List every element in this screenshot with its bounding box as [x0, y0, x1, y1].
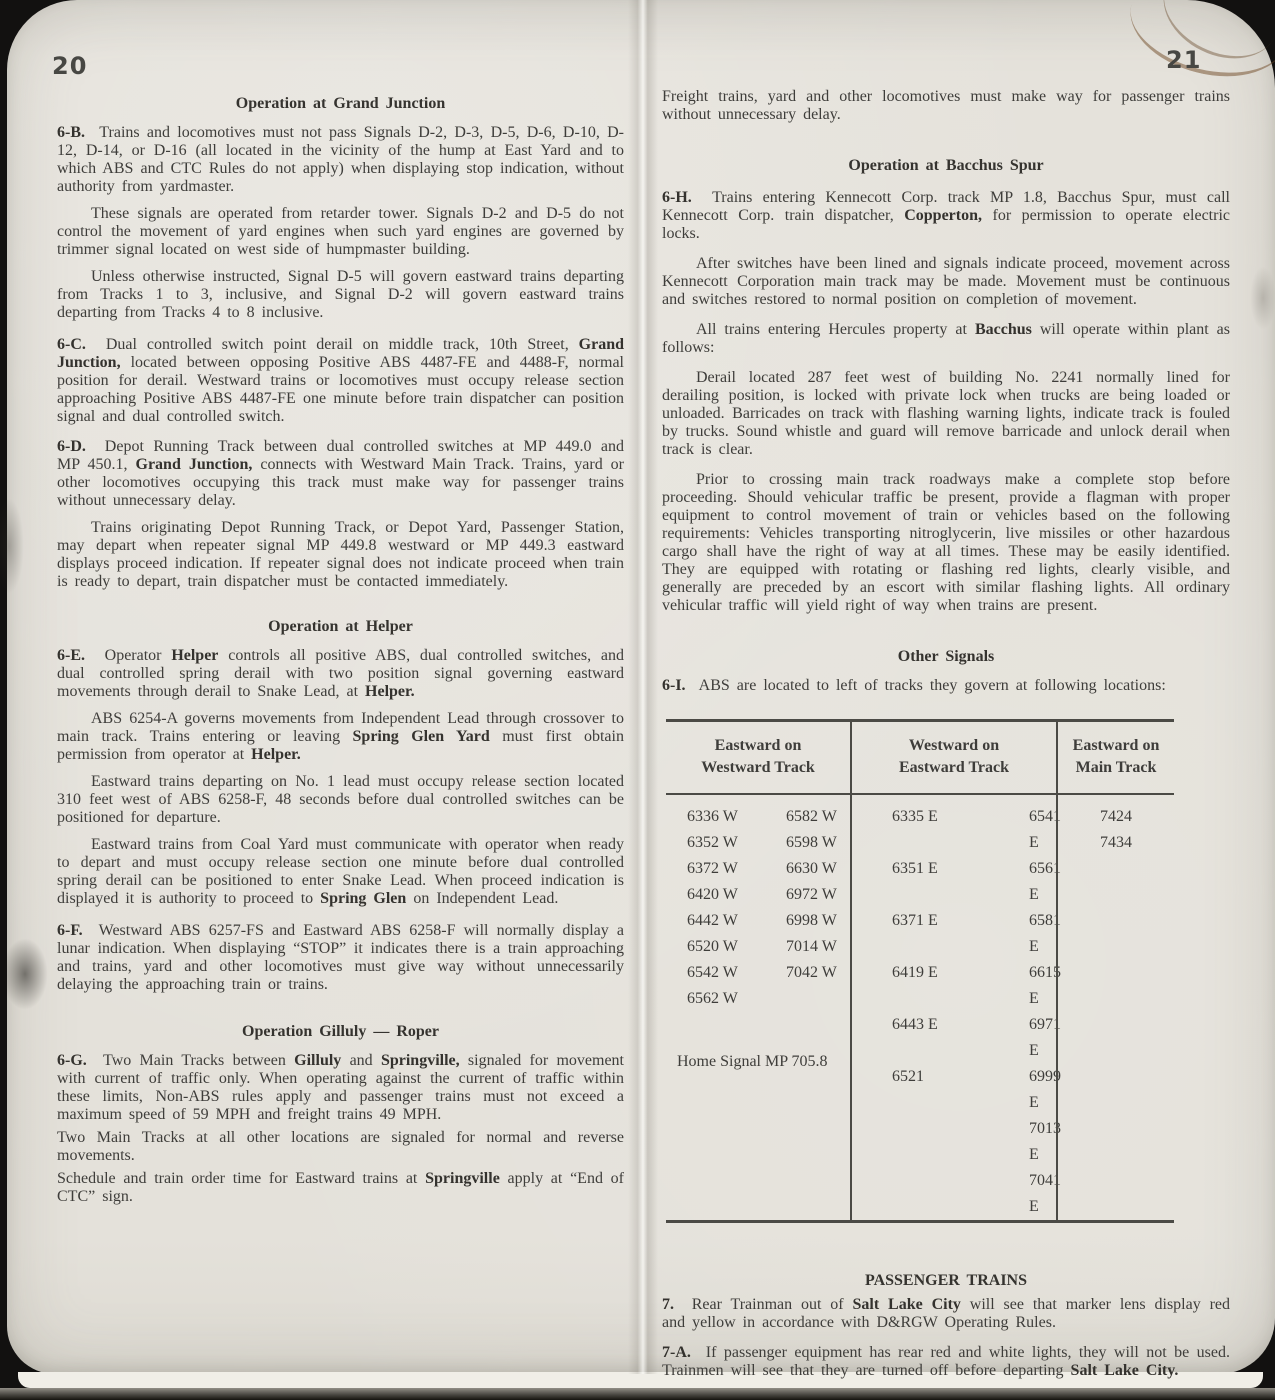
text-run: Unless otherwise instructed, Signal D-5 … [57, 268, 624, 321]
paragraph: Prior to crossing main track roadways ma… [662, 471, 1230, 615]
table-cell: 6335 E [892, 804, 1029, 856]
table-cell [892, 1116, 1029, 1168]
table-cell: 6443 E [892, 1012, 1029, 1064]
text-run: Freight trains, yard and other locomotiv… [662, 88, 1230, 123]
paragraph: 6-G. Two Main Tracks between Gilluly and… [57, 1052, 624, 1124]
ink-smudge [1250, 266, 1275, 330]
text-run: Two Main Tracks at all other locations a… [57, 1129, 624, 1164]
paragraph: All trains entering Hercules property at… [662, 321, 1230, 357]
bold-text-run: 6-I. [662, 677, 686, 694]
table-row: 6443 E6971 E [852, 1012, 1056, 1064]
paragraph: Eastward trains from Coal Yard must comm… [57, 836, 624, 908]
table-cell: 6998 W [786, 908, 850, 934]
section-heading: Operation Gilluly — Roper [57, 1022, 624, 1041]
table-header-line: Eastward Track [854, 757, 1054, 779]
table-cell: 6582 W [786, 804, 850, 830]
table-header-line: Westward Track [668, 757, 848, 779]
table-row: 6420 W6972 W [666, 882, 850, 908]
table-column-westward-on-eastward-track: 6335 E6541 E6351 E6561 E6371 E6581 E6419… [850, 795, 1056, 1220]
paragraph: Trains originating Depot Running Track, … [57, 519, 624, 591]
text-run: ABS are located to left of tracks they g… [686, 677, 1166, 694]
table-cell: 6371 E [892, 908, 1029, 960]
table-row: 6542 W7042 W [666, 960, 850, 986]
bold-text-run: 6-B. [57, 124, 85, 141]
paragraph: 6-H. Trains entering Kennecott Corp. tra… [662, 189, 1230, 243]
paragraph: These signals are operated from retarder… [57, 205, 624, 259]
text-run: Westward ABS 6257-FS and Eastward ABS 62… [57, 922, 624, 993]
paragraph: ABS 6254-A governs movements from Indepe… [57, 710, 624, 764]
text-run: Schedule and train order time for Eastwa… [57, 1170, 425, 1187]
paragraph: 6-D. Depot Running Track between dual co… [57, 438, 624, 510]
table-column-eastward-on-westward-track: 6336 W6582 W6352 W6598 W6372 W6630 W6420… [666, 795, 850, 1220]
text-run: Two Main Tracks between [87, 1052, 294, 1069]
ink-smudge [2, 938, 48, 1010]
bold-text-run: 6-F. [57, 922, 83, 939]
table-row: 7013 E [852, 1116, 1056, 1168]
table-row: 7041 E [852, 1168, 1056, 1220]
paragraph: After switches have been lined and signa… [662, 255, 1230, 309]
section-heading: Operation at Bacchus Spur [662, 156, 1230, 175]
table-column-eastward-on-main-track: 74247434 [1056, 795, 1174, 1220]
table-cell: 6598 W [786, 830, 850, 856]
table-cell [892, 1168, 1029, 1220]
table-row: 6442 W6998 W [666, 908, 850, 934]
bold-text-run: 6-D. [57, 438, 86, 455]
table-cell: 6442 W [687, 908, 786, 934]
text-run: Trains and locomotives must not pass Sig… [57, 124, 624, 195]
page-number-right: 21 [1166, 46, 1201, 74]
page-number-left: 20 [52, 52, 87, 80]
bold-text-run: Helper. [251, 746, 301, 763]
table-cell: 6420 W [687, 882, 786, 908]
paragraph: Eastward trains departing on No. 1 lead … [57, 773, 624, 827]
text-run: Rear Trainman out of [674, 1296, 853, 1313]
table-row: 6352 W6598 W [666, 830, 850, 856]
table-row: 65216999 E [852, 1064, 1056, 1116]
table-footer-note: Home Signal MP 705.8 [666, 1012, 850, 1082]
scan-bottom-edge [0, 1388, 1275, 1400]
text-run: on Independent Lead. [406, 890, 558, 907]
text-run: Eastward trains departing on No. 1 lead … [57, 773, 624, 826]
bold-text-run: Helper. [365, 683, 415, 700]
paragraph: 6-C. Dual controlled switch point derail… [57, 336, 624, 426]
left-page-column: Operation at Grand Junction6-B. Trains a… [57, 94, 624, 1215]
text-run: and [341, 1052, 381, 1069]
bold-text-run: 7. [662, 1296, 674, 1313]
right-page-column: Freight trains, yard and other locomotiv… [662, 88, 1230, 1389]
table-cell: 7424 [1058, 804, 1174, 830]
paragraph: Schedule and train order time for Eastwa… [57, 1170, 624, 1206]
table-header-line: Main Track [1060, 757, 1172, 779]
text-run: Derail located 287 feet west of building… [662, 369, 1230, 458]
paragraph: Freight trains, yard and other locomotiv… [662, 88, 1230, 124]
paragraph: 7-A. If passenger equipment has rear red… [662, 1344, 1230, 1380]
table-cell: 7434 [1058, 830, 1174, 856]
paragraph: Derail located 287 feet west of building… [662, 369, 1230, 459]
text-run: All trains entering Hercules property at [696, 321, 975, 338]
table-header-line: Eastward on [668, 735, 848, 757]
table-header-cell: Westward onEastward Track [850, 722, 1056, 793]
bold-text-run: Springville [425, 1170, 500, 1187]
bold-text-run: 6-G. [57, 1052, 87, 1069]
bold-text-run: Salt Lake City. [1071, 1362, 1179, 1379]
table-row: 6336 W6582 W [666, 804, 850, 830]
table-cell: 7042 W [786, 960, 850, 986]
text-run: Operator [85, 647, 171, 664]
table-header-line: Eastward on [1060, 735, 1172, 757]
table-cell: 7014 W [786, 934, 850, 960]
text-run: Prior to crossing main track roadways ma… [662, 471, 1230, 614]
table-header-cell: Eastward onWestward Track [666, 722, 850, 793]
bold-text-run: Copperton, [904, 207, 982, 224]
bold-text-run: Bacchus [975, 321, 1032, 338]
bold-text-run: Gilluly [294, 1052, 341, 1069]
signal-table-body: 6336 W6582 W6352 W6598 W6372 W6630 W6420… [666, 795, 1174, 1223]
paragraph: Unless otherwise instructed, Signal D-5 … [57, 268, 624, 322]
paragraph: 6-B. Trains and locomotives must not pas… [57, 124, 624, 196]
bold-text-run: Spring Glen [320, 890, 406, 907]
table-row: 6335 E6541 E [852, 804, 1056, 856]
bold-text-run: Helper [171, 647, 218, 664]
table-cell: 6352 W [687, 830, 786, 856]
paragraph: 6-F. Westward ABS 6257-FS and Eastward A… [57, 922, 624, 994]
section-heading: Other Signals [662, 647, 1230, 666]
table-cell: 6520 W [687, 934, 786, 960]
scanned-book-spread: 20 21 Operation at Grand Junction6-B. Tr… [0, 0, 1275, 1400]
text-run: Dual controlled switch point derail on m… [86, 336, 579, 353]
bold-text-run: 6-C. [57, 336, 86, 353]
table-cell: 6336 W [687, 804, 786, 830]
bold-text-run: Springville, [381, 1052, 460, 1069]
table-row: 6419 E6615 E [852, 960, 1056, 1012]
table-cell: 6351 E [892, 856, 1029, 908]
text-run: located between opposing Positive ABS 44… [57, 354, 624, 425]
text-run: Trains originating Depot Running Track, … [57, 519, 624, 590]
table-cell: 6419 E [892, 960, 1029, 1012]
signal-locations-table: Eastward onWestward TrackWestward onEast… [666, 719, 1174, 1223]
bold-text-run: Grand Junction, [136, 456, 253, 473]
page-gutter-fold [628, 0, 658, 1374]
table-cell: 6972 W [786, 882, 850, 908]
table-row: 6351 E6561 E [852, 856, 1056, 908]
table-row: 6372 W6630 W [666, 856, 850, 882]
table-cell: 6542 W [687, 960, 786, 986]
bold-text-run: 6-H. [662, 189, 692, 206]
table-cell: 6630 W [786, 856, 850, 882]
paragraph: Two Main Tracks at all other locations a… [57, 1129, 624, 1165]
table-row: 6562 W [666, 986, 850, 1012]
table-cell: 6521 [892, 1064, 1029, 1116]
bold-text-run: 6-E. [57, 647, 85, 664]
table-header-cell: Eastward onMain Track [1056, 722, 1174, 793]
table-row: 6371 E6581 E [852, 908, 1056, 960]
bold-text-run: Salt Lake City [853, 1296, 961, 1313]
table-cell [786, 986, 850, 1012]
table-cell: 6562 W [687, 986, 786, 1012]
section-heading: PASSENGER TRAINS [662, 1271, 1230, 1290]
text-run: After switches have been lined and signa… [662, 255, 1230, 308]
signal-table-header: Eastward onWestward TrackWestward onEast… [666, 719, 1174, 795]
table-header-line: Westward on [854, 735, 1054, 757]
section-heading: Operation at Helper [57, 617, 624, 636]
paragraph: 6-I. ABS are located to left of tracks t… [662, 677, 1230, 695]
paragraph: 6-E. Operator Helper controls all positi… [57, 647, 624, 701]
table-cell: 6372 W [687, 856, 786, 882]
text-run: These signals are operated from retarder… [57, 205, 624, 258]
paragraph: 7. Rear Trainman out of Salt Lake City w… [662, 1296, 1230, 1332]
bold-text-run: 7-A. [662, 1344, 691, 1361]
bold-text-run: Spring Glen Yard [353, 728, 490, 745]
section-heading: Operation at Grand Junction [57, 94, 624, 113]
table-row: 6520 W7014 W [666, 934, 850, 960]
